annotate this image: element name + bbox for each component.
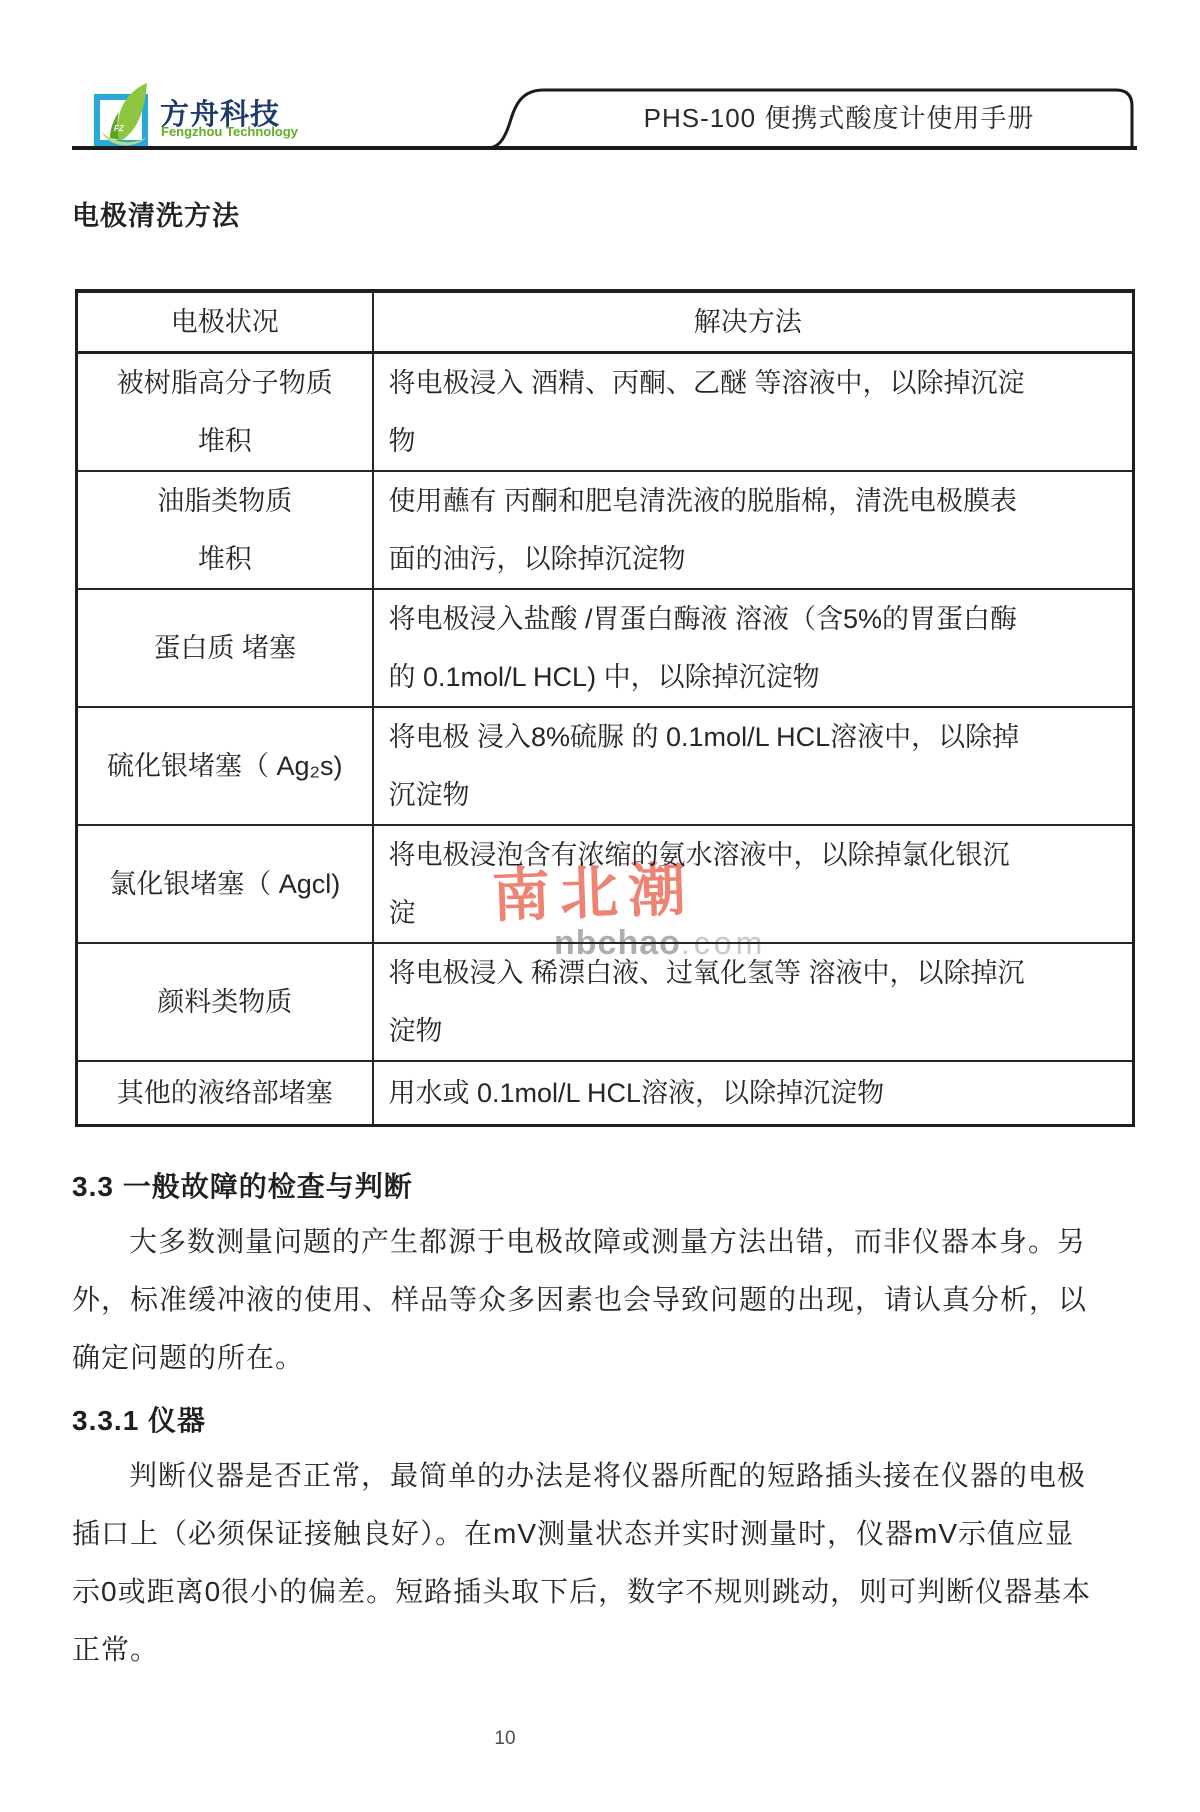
row-condition: 被树脂高分子物质 堆积 <box>77 353 373 472</box>
row-solution: 将电极浸入 稀漂白液、过氧化氢等 溶液中，以除掉沉 淀物 <box>373 943 1134 1061</box>
row-solution: 用水或 0.1mol/L HCL溶液，以除掉沉淀物 <box>373 1061 1134 1125</box>
row-solution: 使用蘸有 丙酮和肥皂清洗液的脱脂棉，清洗电极膜表 面的油污，以除掉沉淀物 <box>373 471 1134 589</box>
faults-section-heading: 3.3 一般故障的检查与判断 <box>72 1165 1200 1205</box>
page-content: 电极清洗方法 电极状况 解决方法 被树脂高分子物质 堆积 将电极浸入 酒精、丙酮… <box>0 0 1200 1679</box>
row-condition: 油脂类物质 堆积 <box>77 471 373 589</box>
table-row: 油脂类物质 堆积 使用蘸有 丙酮和肥皂清洗液的脱脂棉，清洗电极膜表 面的油污，以… <box>77 471 1134 589</box>
table-row: 被树脂高分子物质 堆积 将电极浸入 酒精、丙酮、乙醚 等溶液中，以除掉沉淀 物 <box>77 353 1134 472</box>
row-condition: 颜料类物质 <box>77 943 373 1061</box>
table-row: 蛋白质 堵塞 将电极浸入盐酸 /胃蛋白酶液 溶液（含5%的胃蛋白酶 的 0.1m… <box>77 589 1134 707</box>
row-solution: 将电极 浸入8%硫脲 的 0.1mol/L HCL溶液中，以除掉 沉淀物 <box>373 707 1134 825</box>
table-row: 硫化银堵塞（ Ag₂s) 将电极 浸入8%硫脲 的 0.1mol/L HCL溶液… <box>77 707 1134 825</box>
manual-page: FZ 方舟科技 Fengzhou Technology PHS-100 便携式酸… <box>0 0 1200 1812</box>
row-condition: 氯化银堵塞（ Agcl) <box>77 825 373 943</box>
page-number: 10 <box>470 1728 540 1750</box>
instrument-paragraph: 判断仪器是否正常，最简单的办法是将仪器所配的短路插头接在仪器的电极 插口上（必须… <box>72 1447 1134 1679</box>
row-solution: 将电极浸泡含有浓缩的氨水溶液中，以除掉氯化银沉 淀 <box>373 825 1134 943</box>
col-header-condition: 电极状况 <box>77 291 373 353</box>
table-row: 其他的液络部堵塞 用水或 0.1mol/L HCL溶液，以除掉沉淀物 <box>77 1061 1134 1125</box>
table-header-row: 电极状况 解决方法 <box>77 291 1134 353</box>
row-condition: 蛋白质 堵塞 <box>77 589 373 707</box>
row-solution: 将电极浸入 酒精、丙酮、乙醚 等溶液中，以除掉沉淀 物 <box>373 353 1134 472</box>
row-condition: 硫化银堵塞（ Ag₂s) <box>77 707 373 825</box>
row-condition: 其他的液络部堵塞 <box>77 1061 373 1125</box>
faults-paragraph: 大多数测量问题的产生都源于电极故障或测量方法出错，而非仪器本身。另 外，标准缓冲… <box>72 1213 1134 1387</box>
electrode-cleaning-table: 电极状况 解决方法 被树脂高分子物质 堆积 将电极浸入 酒精、丙酮、乙醚 等溶液… <box>75 289 1135 1127</box>
table-row: 颜料类物质 将电极浸入 稀漂白液、过氧化氢等 溶液中，以除掉沉 淀物 <box>77 943 1134 1061</box>
cleaning-section-heading: 电极清洗方法 <box>72 194 1200 233</box>
col-header-solution: 解决方法 <box>373 291 1134 353</box>
table-row: 氯化银堵塞（ Agcl) 将电极浸泡含有浓缩的氨水溶液中，以除掉氯化银沉 淀 <box>77 825 1134 943</box>
instrument-sub-heading: 3.3.1 仪器 <box>72 1399 1200 1439</box>
row-solution: 将电极浸入盐酸 /胃蛋白酶液 溶液（含5%的胃蛋白酶 的 0.1mol/L HC… <box>373 589 1134 707</box>
